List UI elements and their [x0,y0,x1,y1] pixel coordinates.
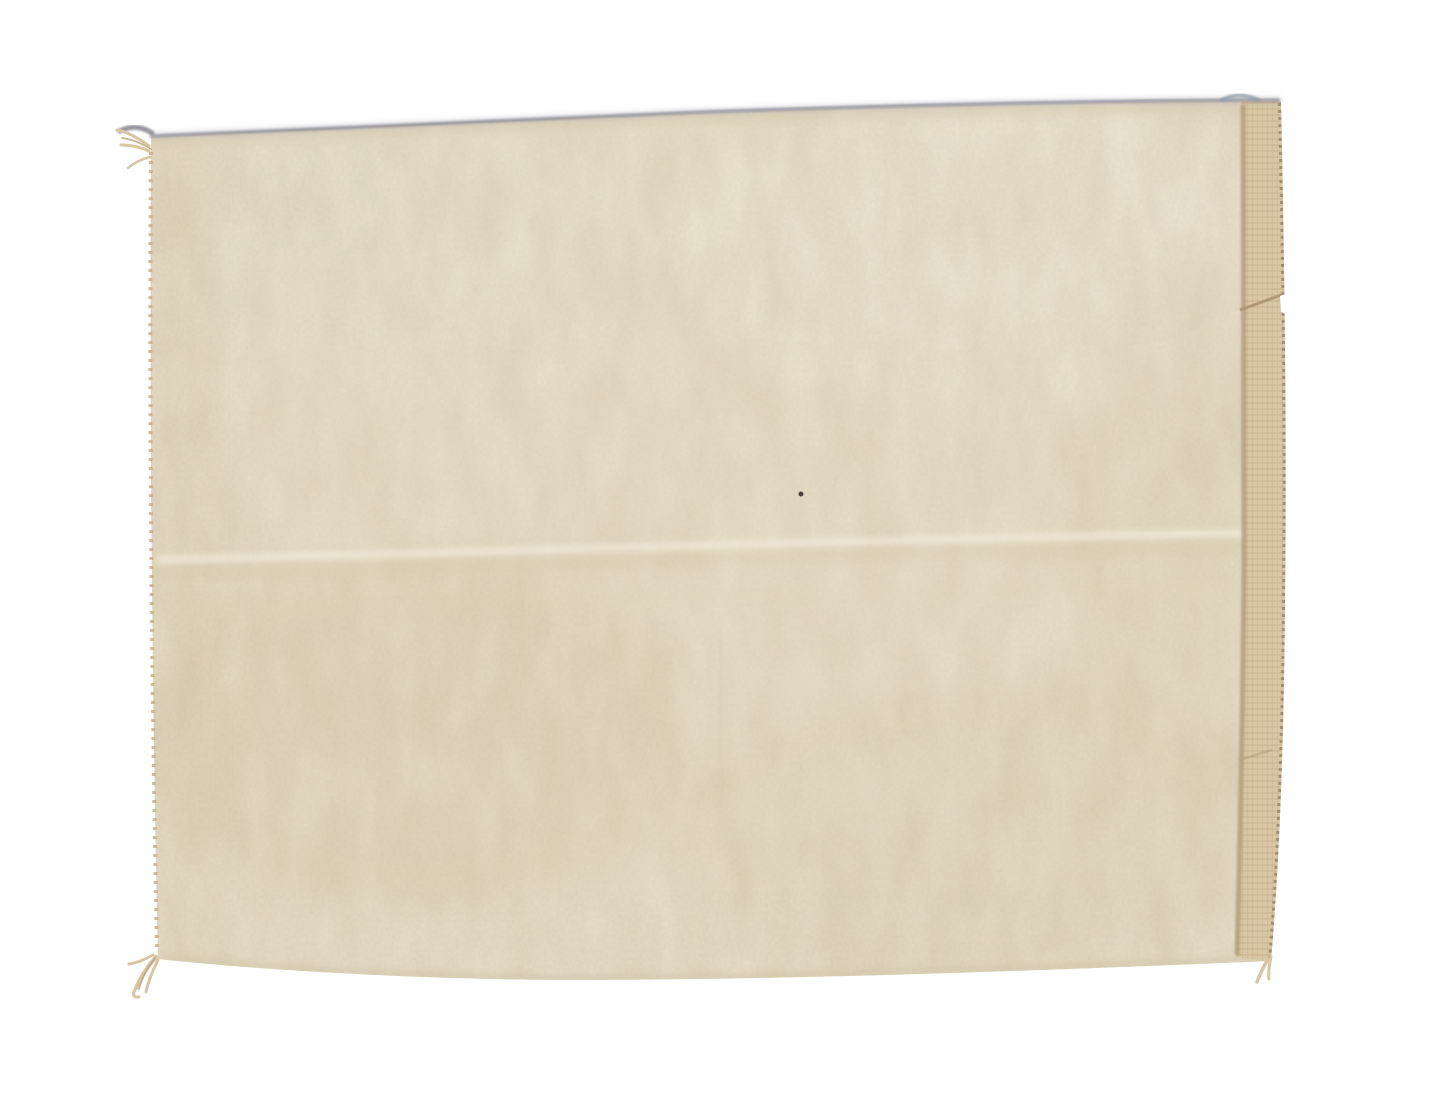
streak-shadow-1 [558,640,560,900]
streak-shadow-2 [720,640,722,800]
streak-shadow-3 [869,430,871,560]
photo-background [0,0,1445,1098]
pile-fleck [799,492,804,497]
rug-pile-field [100,80,1330,1020]
rug-photo [0,0,1445,1098]
